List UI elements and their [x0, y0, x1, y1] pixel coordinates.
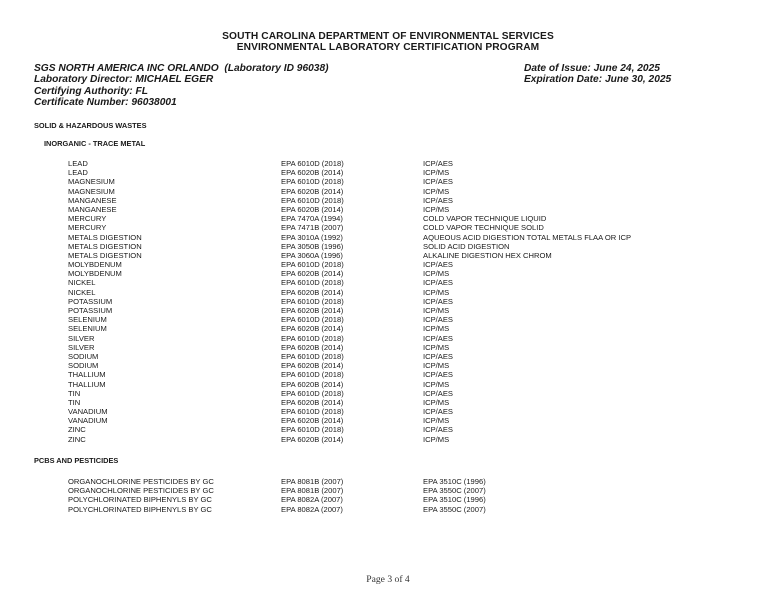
- analyte-cell: ORGANOCHLORINE PESTICIDES BY GC: [68, 477, 214, 486]
- lab-name: SGS NORTH AMERICA INC ORLANDO (Laborator…: [34, 63, 329, 74]
- analyte-cell: METALS DIGESTION: [68, 251, 142, 260]
- technique-cell: AQUEOUS ACID DIGESTION TOTAL METALS FLAA…: [423, 233, 631, 242]
- technique-cell: ICP/MS: [423, 269, 449, 278]
- method-cell: EPA 8082A (2007): [281, 505, 343, 514]
- analyte-cell: LEAD: [68, 168, 88, 177]
- method-cell: EPA 6020B (2014): [281, 324, 343, 333]
- analyte-cell: POTASSIUM: [68, 297, 112, 306]
- analyte-cell: ZINC: [68, 435, 86, 444]
- technique-cell: ICP/MS: [423, 168, 449, 177]
- technique-cell: COLD VAPOR TECHNIQUE SOLID: [423, 223, 544, 232]
- analyte-cell: SILVER: [68, 334, 94, 343]
- analyte-cell: MAGNESIUM: [68, 177, 115, 186]
- analyte-cell: MAGNESIUM: [68, 187, 115, 196]
- analyte-cell: METALS DIGESTION: [68, 242, 142, 251]
- table-row: NICKELEPA 6020B (2014)ICP/MS: [0, 288, 776, 297]
- analyte-cell: MOLYBDENUM: [68, 269, 122, 278]
- method-cell: EPA 6010D (2018): [281, 352, 344, 361]
- analyte-cell: SELENIUM: [68, 315, 107, 324]
- method-cell: EPA 6020B (2014): [281, 187, 343, 196]
- method-cell: EPA 6010D (2018): [281, 278, 344, 287]
- subsection-title-inorganic-trace-metal: INORGANIC - TRACE METAL: [44, 139, 145, 148]
- technique-cell: ICP/AES: [423, 177, 453, 186]
- table-row: LEADEPA 6010D (2018)ICP/AES: [0, 159, 776, 168]
- method-cell: EPA 6020B (2014): [281, 398, 343, 407]
- table-row: POTASSIUMEPA 6010D (2018)ICP/AES: [0, 297, 776, 306]
- technique-cell: ICP/MS: [423, 361, 449, 370]
- analyte-cell: THALLIUM: [68, 370, 106, 379]
- method-cell: EPA 3010A (1992): [281, 233, 343, 242]
- method-cell: EPA 6010D (2018): [281, 297, 344, 306]
- date-of-issue: Date of Issue: June 24, 2025: [524, 63, 671, 74]
- technique-cell: ICP/MS: [423, 324, 449, 333]
- method-cell: EPA 3060A (1996): [281, 251, 343, 260]
- method-cell: EPA 6020B (2014): [281, 288, 343, 297]
- table-row: MOLYBDENUMEPA 6020B (2014)ICP/MS: [0, 269, 776, 278]
- table-row: MOLYBDENUMEPA 6010D (2018)ICP/AES: [0, 260, 776, 269]
- table-row: POLYCHLORINATED BIPHENYLS BY GCEPA 8082A…: [0, 495, 776, 504]
- technique-cell: ICP/MS: [423, 435, 449, 444]
- analyte-cell: METALS DIGESTION: [68, 233, 142, 242]
- analyte-cell: MERCURY: [68, 223, 106, 232]
- technique-cell: SOLID ACID DIGESTION: [423, 242, 510, 251]
- analyte-cell: TIN: [68, 398, 80, 407]
- table-row: POLYCHLORINATED BIPHENYLS BY GCEPA 8082A…: [0, 505, 776, 514]
- table-row: ZINCEPA 6010D (2018)ICP/AES: [0, 425, 776, 434]
- technique-cell: ICP/MS: [423, 398, 449, 407]
- table-row: SODIUMEPA 6010D (2018)ICP/AES: [0, 352, 776, 361]
- table-row: METALS DIGESTIONEPA 3060A (1996)ALKALINE…: [0, 251, 776, 260]
- analyte-cell: TIN: [68, 389, 80, 398]
- section-title-solid-hazardous-wastes: SOLID & HAZARDOUS WASTES: [34, 121, 147, 130]
- certifying-authority: Certifying Authority: FL: [34, 86, 329, 97]
- analyte-cell: SODIUM: [68, 361, 98, 370]
- technique-cell: ICP/MS: [423, 380, 449, 389]
- technique-cell: ICP/AES: [423, 407, 453, 416]
- analyte-cell: LEAD: [68, 159, 88, 168]
- table-row: MERCURYEPA 7471B (2007)COLD VAPOR TECHNI…: [0, 223, 776, 232]
- table-row: ORGANOCHLORINE PESTICIDES BY GCEPA 8081B…: [0, 477, 776, 486]
- method-cell: EPA 6010D (2018): [281, 159, 344, 168]
- technique-cell: ICP/MS: [423, 205, 449, 214]
- table-row: NICKELEPA 6010D (2018)ICP/AES: [0, 278, 776, 287]
- technique-cell: ICP/AES: [423, 370, 453, 379]
- technique-cell: ICP/AES: [423, 425, 453, 434]
- table-row: POTASSIUMEPA 6020B (2014)ICP/MS: [0, 306, 776, 315]
- analyte-cell: MOLYBDENUM: [68, 260, 122, 269]
- table-row: MAGNESIUMEPA 6020B (2014)ICP/MS: [0, 187, 776, 196]
- table-row: METALS DIGESTIONEPA 3050B (1996)SOLID AC…: [0, 242, 776, 251]
- table-row: TINEPA 6020B (2014)ICP/MS: [0, 398, 776, 407]
- method-cell: EPA 6020B (2014): [281, 269, 343, 278]
- method-cell: EPA 8081B (2007): [281, 477, 343, 486]
- expiration-date: Expiration Date: June 30, 2025: [524, 74, 671, 85]
- technique-cell: ICP/AES: [423, 315, 453, 324]
- method-cell: EPA 7471B (2007): [281, 223, 343, 232]
- method-cell: EPA 6010D (2018): [281, 315, 344, 324]
- method-cell: EPA 6020B (2014): [281, 416, 343, 425]
- method-cell: EPA 6020B (2014): [281, 343, 343, 352]
- table-row: LEADEPA 6020B (2014)ICP/MS: [0, 168, 776, 177]
- method-cell: EPA 8081B (2007): [281, 486, 343, 495]
- technique-cell: ICP/AES: [423, 196, 453, 205]
- technique-cell: ICP/MS: [423, 416, 449, 425]
- analyte-cell: NICKEL: [68, 278, 95, 287]
- analyte-cell: MERCURY: [68, 214, 106, 223]
- section-title-pcbs-pesticides: PCBS AND PESTICIDES: [34, 456, 118, 465]
- trace-metal-table: LEADEPA 6010D (2018)ICP/AESLEADEPA 6020B…: [0, 159, 776, 444]
- method-cell: EPA 6020B (2014): [281, 205, 343, 214]
- table-row: ORGANOCHLORINE PESTICIDES BY GCEPA 8081B…: [0, 486, 776, 495]
- table-row: MANGANESEEPA 6020B (2014)ICP/MS: [0, 205, 776, 214]
- method-cell: EPA 6020B (2014): [281, 380, 343, 389]
- program-title: ENVIRONMENTAL LABORATORY CERTIFICATION P…: [0, 42, 776, 53]
- method-cell: EPA 6010D (2018): [281, 425, 344, 434]
- page-number: Page 3 of 4: [0, 574, 776, 585]
- method-cell: EPA 6010D (2018): [281, 370, 344, 379]
- analyte-cell: POTASSIUM: [68, 306, 112, 315]
- technique-cell: ICP/MS: [423, 306, 449, 315]
- technique-cell: COLD VAPOR TECHNIQUE LIQUID: [423, 214, 546, 223]
- analyte-cell: MANGANESE: [68, 205, 117, 214]
- method-cell: EPA 6010D (2018): [281, 334, 344, 343]
- analyte-cell: NICKEL: [68, 288, 95, 297]
- method-cell: EPA 6020B (2014): [281, 361, 343, 370]
- table-row: VANADIUMEPA 6010D (2018)ICP/AES: [0, 407, 776, 416]
- table-row: VANADIUMEPA 6020B (2014)ICP/MS: [0, 416, 776, 425]
- table-row: SODIUMEPA 6020B (2014)ICP/MS: [0, 361, 776, 370]
- agency-title: SOUTH CAROLINA DEPARTMENT OF ENVIRONMENT…: [0, 31, 776, 42]
- analyte-cell: VANADIUM: [68, 407, 108, 416]
- analyte-cell: SELENIUM: [68, 324, 107, 333]
- table-row: MANGANESEEPA 6010D (2018)ICP/AES: [0, 196, 776, 205]
- technique-cell: ICP/AES: [423, 159, 453, 168]
- analyte-cell: MANGANESE: [68, 196, 117, 205]
- analyte-cell: ORGANOCHLORINE PESTICIDES BY GC: [68, 486, 214, 495]
- method-cell: EPA 6010D (2018): [281, 389, 344, 398]
- analyte-cell: POLYCHLORINATED BIPHENYLS BY GC: [68, 495, 212, 504]
- certificate-number: Certificate Number: 96038001: [34, 97, 329, 108]
- technique-cell: EPA 3510C (1996): [423, 477, 486, 486]
- table-row: THALLIUMEPA 6010D (2018)ICP/AES: [0, 370, 776, 379]
- table-row: ZINCEPA 6020B (2014)ICP/MS: [0, 435, 776, 444]
- method-cell: EPA 6010D (2018): [281, 177, 344, 186]
- analyte-cell: THALLIUM: [68, 380, 106, 389]
- technique-cell: ALKALINE DIGESTION HEX CHROM: [423, 251, 552, 260]
- lab-info: SGS NORTH AMERICA INC ORLANDO (Laborator…: [34, 63, 329, 109]
- technique-cell: EPA 3510C (1996): [423, 495, 486, 504]
- analyte-cell: SILVER: [68, 343, 94, 352]
- technique-cell: ICP/AES: [423, 297, 453, 306]
- method-cell: EPA 6010D (2018): [281, 260, 344, 269]
- method-cell: EPA 6020B (2014): [281, 168, 343, 177]
- technique-cell: ICP/MS: [423, 288, 449, 297]
- table-row: SILVEREPA 6010D (2018)ICP/AES: [0, 334, 776, 343]
- table-row: SELENIUMEPA 6020B (2014)ICP/MS: [0, 324, 776, 333]
- technique-cell: ICP/AES: [423, 352, 453, 361]
- table-row: TINEPA 6010D (2018)ICP/AES: [0, 389, 776, 398]
- analyte-cell: SODIUM: [68, 352, 98, 361]
- table-row: SILVEREPA 6020B (2014)ICP/MS: [0, 343, 776, 352]
- table-row: MERCURYEPA 7470A (1994)COLD VAPOR TECHNI…: [0, 214, 776, 223]
- method-cell: EPA 6010D (2018): [281, 196, 344, 205]
- table-row: METALS DIGESTIONEPA 3010A (1992)AQUEOUS …: [0, 233, 776, 242]
- method-cell: EPA 6020B (2014): [281, 435, 343, 444]
- method-cell: EPA 6020B (2014): [281, 306, 343, 315]
- method-cell: EPA 8082A (2007): [281, 495, 343, 504]
- technique-cell: ICP/MS: [423, 343, 449, 352]
- technique-cell: ICP/AES: [423, 278, 453, 287]
- technique-cell: ICP/AES: [423, 334, 453, 343]
- certificate-dates: Date of Issue: June 24, 2025 Expiration …: [524, 63, 671, 86]
- pcbs-pesticides-table: ORGANOCHLORINE PESTICIDES BY GCEPA 8081B…: [0, 477, 776, 514]
- lab-director: Laboratory Director: MICHAEL EGER: [34, 74, 329, 85]
- technique-cell: ICP/AES: [423, 260, 453, 269]
- technique-cell: EPA 3550C (2007): [423, 486, 486, 495]
- method-cell: EPA 7470A (1994): [281, 214, 343, 223]
- method-cell: EPA 6010D (2018): [281, 407, 344, 416]
- technique-cell: ICP/MS: [423, 187, 449, 196]
- table-row: THALLIUMEPA 6020B (2014)ICP/MS: [0, 380, 776, 389]
- table-row: SELENIUMEPA 6010D (2018)ICP/AES: [0, 315, 776, 324]
- table-row: MAGNESIUMEPA 6010D (2018)ICP/AES: [0, 177, 776, 186]
- analyte-cell: VANADIUM: [68, 416, 108, 425]
- technique-cell: ICP/AES: [423, 389, 453, 398]
- analyte-cell: POLYCHLORINATED BIPHENYLS BY GC: [68, 505, 212, 514]
- analyte-cell: ZINC: [68, 425, 86, 434]
- method-cell: EPA 3050B (1996): [281, 242, 343, 251]
- technique-cell: EPA 3550C (2007): [423, 505, 486, 514]
